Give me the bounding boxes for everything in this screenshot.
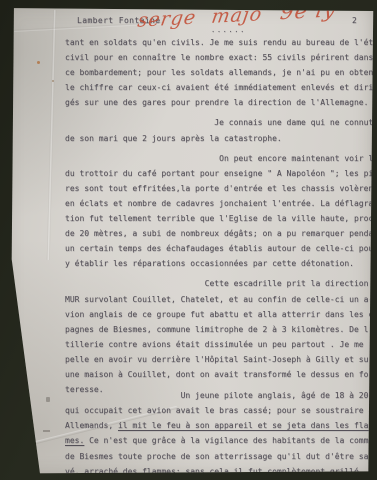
- text-line: de son mari que 2 jours après la catastr…: [65, 131, 377, 146]
- separator-dots: ......: [211, 26, 246, 34]
- text-line: ce bombardement; pour les soldats allema…: [65, 65, 377, 80]
- text-line: du trottoir du café portant pour enseign…: [65, 166, 377, 181]
- text-line: de Biesmes toute proche de son atterriss…: [65, 449, 377, 464]
- text-line: res sont tout effritées,la porte d'entré…: [65, 181, 377, 196]
- text-line: un certain temps des échafaudages établi…: [65, 241, 377, 256]
- underlined-text: il mit le feu à son appareil et se jeta …: [118, 421, 377, 430]
- text-segment: Allemands,: [65, 421, 118, 430]
- text-segment: Ce n'est que grâce à la vigilance des ha…: [84, 436, 377, 445]
- paper-crease-vertical: [47, 10, 57, 260]
- handwritten-word: majo: [210, 3, 264, 28]
- text-line: le chiffre car ceux-ci avaient été imméd…: [65, 80, 377, 95]
- underlined-text: mes.: [65, 436, 84, 445]
- text-line: y établir les réparations occasionnées p…: [65, 256, 377, 271]
- text-line: Cette escadrille prit la direction de NA…: [65, 276, 377, 291]
- text-line: pelle en avoir vu derrière l'Hôpital Sai…: [65, 352, 377, 367]
- text-line: gés sur une des gares pour prendre la di…: [65, 95, 377, 110]
- text-line: mes. Ce n'est que grâce à la vigilance d…: [65, 433, 377, 448]
- text-line: tion fut tellement terrible que l'Eglise…: [65, 211, 377, 226]
- text-line: Allemands, il mit le feu à son appareil …: [65, 418, 377, 433]
- handwritten-word: 9e ly: [279, 0, 339, 24]
- typed-body-text: tant en soldats qu'en civils. Je me suis…: [65, 35, 377, 479]
- text-line: pagnes de Biesmes, commune limitrophe de…: [65, 322, 377, 337]
- text-line: MUR survolant Couillet, Chatelet, et au …: [65, 292, 377, 307]
- photo-background: Lambert Fontaine 2 sergemajo9e ly ......…: [0, 0, 377, 480]
- text-line: vé, arraché des flammes; sans cela il fu…: [65, 464, 377, 479]
- text-line: Je connais une dame qui ne connut la mor…: [65, 115, 377, 130]
- text-line: tant en soldats qu'en civils. Je me suis…: [65, 35, 377, 50]
- text-line: tillerie contre avions était dissimulée …: [65, 337, 377, 352]
- text-line: Un jeune pilote anglais, âgé de 18 à 20 …: [65, 388, 377, 403]
- handwritten-word: serge: [136, 6, 198, 31]
- text-line: qui occupait cet avion avait le bras cas…: [65, 403, 377, 418]
- paper-speck: [52, 80, 54, 82]
- text-line: de 20 mètres, a subi de nombreux dégâts;…: [65, 226, 377, 241]
- text-line: On peut encore maintenant voir la bordur…: [65, 151, 377, 166]
- document-page: Lambert Fontaine 2 sergemajo9e ly ......…: [0, 0, 377, 480]
- paper-mark: [43, 430, 50, 432]
- text-line: civil pour en connaître le nombre exact:…: [65, 50, 377, 65]
- text-line: vion anglais de ce groupe fut abattu et …: [65, 307, 377, 322]
- paper-speck: [37, 61, 40, 64]
- paper-mark: [46, 397, 50, 402]
- text-line: en éclats et nombre de cadavres jonchaie…: [65, 196, 377, 211]
- text-line: une maison à Couillet, dont on avait tra…: [65, 367, 377, 382]
